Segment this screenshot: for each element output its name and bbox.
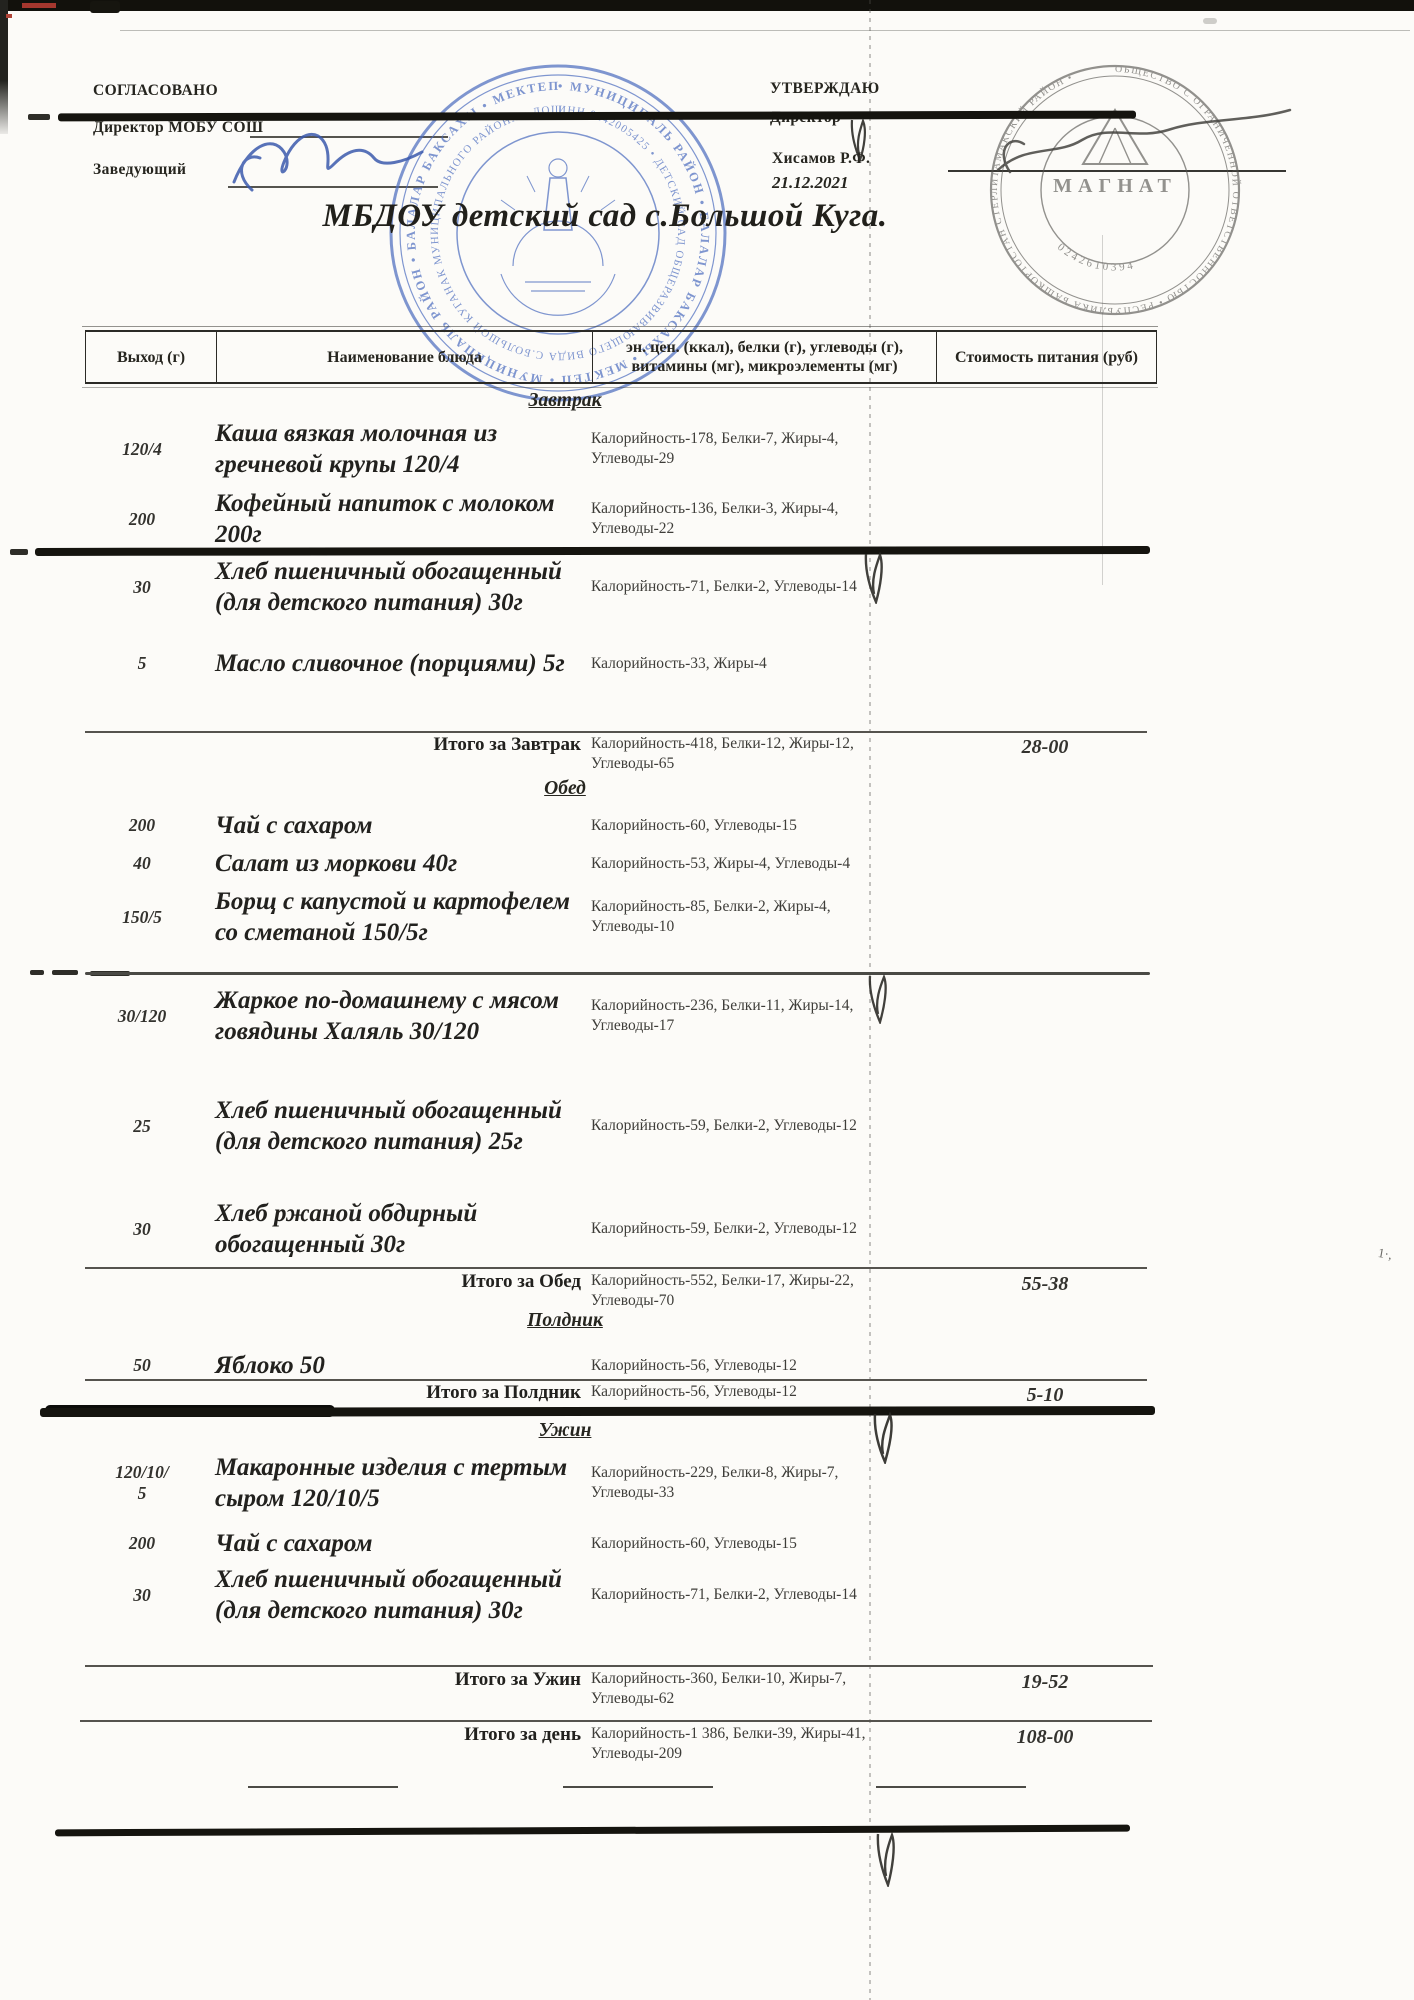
total-nutrition: Калорийность-1 386, Белки-39, Жиры-41, У… — [591, 1724, 903, 1764]
scan-line-fragment — [28, 114, 50, 120]
col-header-cost: Стоимость питания (руб) — [936, 332, 1156, 382]
stitch-mark — [870, 1412, 898, 1464]
total-label: Итого за Ужин — [85, 1669, 591, 1691]
row-dish: Борщ с капустой и картофелем со сметаной… — [215, 886, 591, 948]
row-dish: Хлеб пшеничный обогащенный (для детского… — [215, 1095, 591, 1157]
total-rule — [80, 1720, 1152, 1722]
table-row: 30 Хлеб ржаной обдирный обогащенный 30г … — [85, 1198, 1155, 1260]
scan-faint-line — [120, 30, 1410, 31]
row-output: 30 — [85, 1219, 215, 1240]
row-output: 200 — [85, 1533, 215, 1554]
row-nutrition: Калорийность-85, Белки-2, Жиры-4, Углево… — [591, 897, 903, 937]
stitch-mark — [862, 552, 888, 604]
row-dish: Хлеб пшеничный обогащенный (для детского… — [215, 556, 591, 618]
total-cost: 28-00 — [935, 734, 1155, 759]
total-rule — [85, 1665, 1153, 1667]
row-dish: Кофейный напиток с молоком 200г — [215, 488, 591, 550]
row-nutrition: Калорийность-33, Жиры-4 — [591, 654, 903, 674]
scan-left-edge — [0, 0, 8, 134]
row-output: 5 — [85, 653, 215, 674]
row-output: 30/120 — [85, 1006, 215, 1027]
total-cost: 55-38 — [935, 1271, 1155, 1296]
total-rule — [85, 1267, 1147, 1269]
stamp-number: 0242610394 — [1055, 241, 1137, 273]
scan-line — [85, 972, 1150, 975]
total-row-day: Итого за день Калорийность-1 386, Белки-… — [85, 1724, 1155, 1764]
scan-line — [35, 546, 1150, 556]
section-breakfast: Завтрак — [60, 390, 1070, 412]
total-label: Итого за Полдник — [85, 1382, 591, 1404]
table-row: 30 Хлеб пшеничный обогащенный (для детск… — [85, 1564, 1155, 1626]
row-dish: Салат из моркови 40г — [215, 848, 591, 879]
row-output: 200 — [85, 815, 215, 836]
table-row: 200 Чай с сахаром Калорийность-60, Углев… — [85, 1528, 1155, 1559]
total-cost: 108-00 — [935, 1724, 1155, 1749]
total-label: Итого за Завтрак — [85, 734, 591, 756]
agreed-title: СОГЛАСОВАНО — [93, 82, 218, 100]
round-stamp-magnat: ОБЩЕСТВО С ОГРАНИЧЕННОЙ ОТВЕТСТВЕННОСТЬЮ… — [965, 40, 1265, 340]
total-row-breakfast: Итого за Завтрак Калорийность-418, Белки… — [85, 734, 1155, 774]
agreed-role2: Заведующий — [93, 161, 186, 179]
scan-line-fragment — [30, 970, 44, 975]
row-nutrition: Калорийность-71, Белки-2, Углеводы-14 — [591, 577, 903, 597]
total-nutrition: Калорийность-360, Белки-10, Жиры-7, Угле… — [591, 1669, 903, 1709]
row-dish: Хлеб пшеничный обогащенный (для детского… — [215, 1564, 591, 1626]
table-row: 50 Яблоко 50 Калорийность-56, Углеводы-1… — [85, 1350, 1155, 1381]
row-nutrition: Калорийность-60, Углеводы-15 — [591, 816, 903, 836]
section-dinner: Ужин — [60, 1420, 1070, 1442]
total-row-lunch: Итого за Обед Калорийность-552, Белки-17… — [85, 1271, 1155, 1311]
total-label: Итого за день — [85, 1724, 591, 1746]
signature-zaveduyushchiy — [222, 112, 457, 197]
scan-ink-blob — [90, 1, 120, 13]
stitch-mark — [848, 118, 870, 162]
stitch-mark — [866, 974, 892, 1024]
row-output: 30 — [85, 1585, 215, 1606]
blank-signature-line — [248, 1786, 398, 1788]
table-row: 30 Хлеб пшеничный обогащенный (для детск… — [85, 556, 1155, 618]
table-row: 200 Кофейный напиток с молоком 200г Кало… — [85, 488, 1155, 550]
row-dish: Масло сливочное (порциями) 5г — [215, 648, 591, 679]
scan-top-edge — [0, 0, 1414, 11]
approved-title: УТВЕРЖДАЮ — [770, 80, 880, 98]
table-row: 30/120 Жаркое по-домашнему с мясом говяд… — [85, 985, 1155, 1047]
table-header: Выход (г) Наименование блюда эн. цен. (к… — [85, 330, 1157, 384]
row-nutrition: Калорийность-59, Белки-2, Углеводы-12 — [591, 1116, 903, 1136]
row-dish: Каша вязкая молочная из гречневой крупы … — [215, 418, 591, 480]
row-nutrition: Калорийность-236, Белки-11, Жиры-14, Угл… — [591, 996, 903, 1036]
table-row: 40 Салат из моркови 40г Калорийность-53,… — [85, 848, 1155, 879]
row-output: 150/5 — [85, 907, 215, 928]
row-output: 120/4 — [85, 439, 215, 460]
row-nutrition: Калорийность-56, Углеводы-12 — [591, 1356, 903, 1376]
row-dish: Чай с сахаром — [215, 810, 591, 841]
row-nutrition: Калорийность-178, Белки-7, Жиры-4, Углев… — [591, 429, 903, 469]
row-dish: Яблоко 50 — [215, 1350, 591, 1381]
scan-line — [40, 1406, 1155, 1417]
total-nutrition: Калорийность-56, Углеводы-12 — [591, 1382, 903, 1402]
row-output: 200 — [85, 509, 215, 530]
row-dish: Хлеб ржаной обдирный обогащенный 30г — [215, 1198, 591, 1260]
row-nutrition: Калорийность-60, Углеводы-15 — [591, 1534, 903, 1554]
scan-smudge — [1203, 18, 1217, 24]
total-nutrition: Калорийность-418, Белки-12, Жиры-12, Угл… — [591, 734, 903, 774]
row-output: 120/10/5 — [85, 1462, 215, 1504]
scan-line — [55, 1825, 1130, 1837]
scan-corner-note: 1·, — [1377, 1245, 1394, 1263]
row-output: 30 — [85, 577, 215, 598]
row-nutrition: Калорийность-59, Белки-2, Углеводы-12 — [591, 1219, 903, 1239]
total-row-dinner: Итого за Ужин Калорийность-360, Белки-10… — [85, 1669, 1155, 1709]
total-cost: 19-52 — [935, 1669, 1155, 1694]
scan-red-mark — [22, 3, 56, 8]
row-output: 25 — [85, 1116, 215, 1137]
svg-text:0242610394: 0242610394 — [1055, 241, 1137, 273]
row-nutrition: Калорийность-136, Белки-3, Жиры-4, Углев… — [591, 499, 903, 539]
row-output: 50 — [85, 1355, 215, 1376]
total-nutrition: Калорийность-552, Белки-17, Жиры-22, Угл… — [591, 1271, 903, 1311]
total-rule — [85, 1379, 1147, 1381]
total-cost: 5-10 — [935, 1382, 1155, 1407]
section-snack: Полдник — [60, 1310, 1070, 1332]
col-header-nutrition: эн. цен. (ккал), белки (г), углеводы (г)… — [592, 332, 936, 382]
section-lunch: Обед — [60, 778, 1070, 800]
row-output: 40 — [85, 853, 215, 874]
total-row-snack: Итого за Полдник Калорийность-56, Углево… — [85, 1382, 1155, 1407]
stitch-mark — [874, 1832, 900, 1887]
table-row: 5 Масло сливочное (порциями) 5г Калорийн… — [85, 648, 1155, 679]
blank-signature-line — [563, 1786, 713, 1788]
total-label: Итого за Обед — [85, 1271, 591, 1293]
scan-line-fragment — [52, 970, 78, 975]
row-dish: Макаронные изделия с тертым сыром 120/10… — [215, 1452, 591, 1514]
row-nutrition: Калорийность-53, Жиры-4, Углеводы-4 — [591, 854, 903, 874]
table-row: 150/5 Борщ с капустой и картофелем со см… — [85, 886, 1155, 948]
col-header-output: Выход (г) — [86, 332, 216, 382]
col-header-dish: Наименование блюда — [216, 332, 592, 382]
document-title: МБДОУ детский сад с.Большой Куга. — [100, 198, 1110, 235]
row-dish: Чай с сахаром — [215, 1528, 591, 1559]
row-nutrition: Калорийность-229, Белки-8, Жиры-7, Углев… — [591, 1463, 903, 1503]
table-row: 120/4 Каша вязкая молочная из гречневой … — [85, 418, 1155, 480]
scan-red-speck — [6, 14, 12, 18]
scan-line-fragment — [10, 549, 28, 555]
table-row: 25 Хлеб пшеничный обогащенный (для детск… — [85, 1095, 1155, 1157]
table-row: 120/10/5 Макаронные изделия с тертым сыр… — [85, 1452, 1155, 1514]
blank-signature-line — [876, 1786, 1026, 1788]
approved-date: 21.12.2021 — [772, 173, 849, 193]
total-rule — [85, 731, 1147, 733]
row-dish: Жаркое по-домашнему с мясом говядины Хал… — [215, 985, 591, 1047]
scanned-menu-document: СОГЛАСОВАНО Директор МОБУ СОШ Заведующий… — [0, 0, 1414, 2000]
table-row: 200 Чай с сахаром Калорийность-60, Углев… — [85, 810, 1155, 841]
row-nutrition: Калорийность-71, Белки-2, Углеводы-14 — [591, 1585, 903, 1605]
